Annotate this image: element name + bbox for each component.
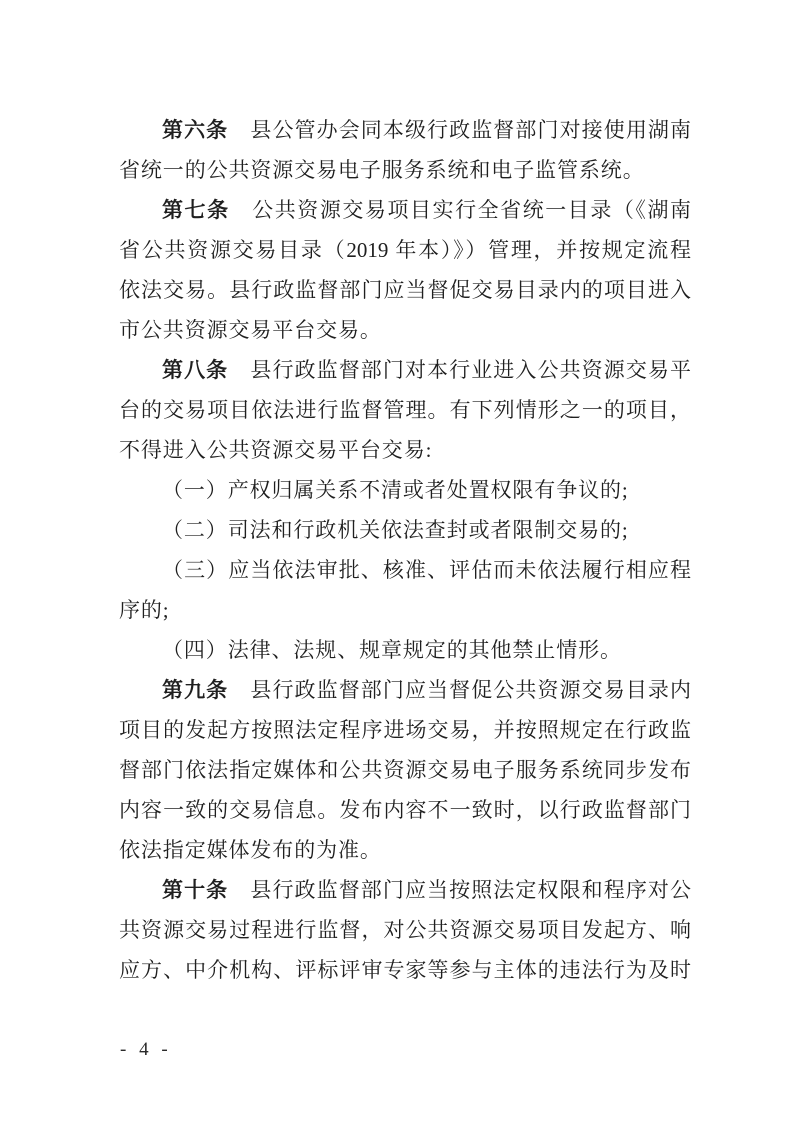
text-line: 序的; <box>119 590 691 630</box>
text-segment: （三）应当依法审批、核准、评估而未依法履行相应程 <box>162 558 691 582</box>
text-segment: 市公共资源交易平台交易。 <box>119 318 382 342</box>
text-line: 第七条 公共资源交易项目实行全省统一目录（《湖南 <box>119 190 691 230</box>
text-line: 第六条 县公管办会同本级行政监督部门对接使用湖南 <box>119 110 691 150</box>
text-line: （四）法律、法规、规章规定的其他禁止情形。 <box>119 630 691 670</box>
article-number: 第七条 <box>162 198 230 222</box>
paragraph-article-8-item-1: （一）产权归属关系不清或者处置权限有争议的; <box>119 470 691 510</box>
text-segment: 省统一的公共资源交易电子服务系统和电子监管系统。 <box>119 158 645 182</box>
text-line: 第十条 县行政监督部门应当按照法定权限和程序对公 <box>119 870 691 910</box>
paragraph-article-6: 第六条 县公管办会同本级行政监督部门对接使用湖南省统一的公共资源交易电子服务系统… <box>119 110 691 190</box>
page-number: - 4 - <box>120 1030 171 1070</box>
text-line: （一）产权归属关系不清或者处置权限有争议的; <box>119 470 691 510</box>
text-line: 台的交易项目依法进行监督管理。有下列情形之一的项目， <box>119 390 691 430</box>
paragraph-article-9: 第九条 县行政监督部门应当督促公共资源交易目录内项目的发起方按照法定程序进场交易… <box>119 670 691 870</box>
text-line: （二）司法和行政机关依法查封或者限制交易的; <box>119 510 691 550</box>
text-segment: （四）法律、法规、规章规定的其他禁止情形。 <box>162 638 622 662</box>
text-segment: 依法指定媒体发布的为准。 <box>119 838 382 862</box>
text-segment: 县公管办会同本级行政监督部门对接使用湖南 <box>228 118 691 142</box>
text-segment: 县行政监督部门对本行业进入公共资源交易平 <box>228 358 691 382</box>
paragraph-article-8-item-2: （二）司法和行政机关依法查封或者限制交易的; <box>119 510 691 550</box>
text-segment: 不得进入公共资源交易平台交易: <box>119 438 432 462</box>
text-segment: 公共资源交易项目实行全省统一目录（《湖南 <box>230 198 691 222</box>
text-segment: 县行政监督部门应当督促公共资源交易目录内 <box>228 678 691 702</box>
article-number: 第八条 <box>162 358 228 382</box>
text-line: 督部门依法指定媒体和公共资源交易电子服务系统同步发布 <box>119 750 691 790</box>
paragraph-article-8-item-4: （四）法律、法规、规章规定的其他禁止情形。 <box>119 630 691 670</box>
text-line: （三）应当依法审批、核准、评估而未依法履行相应程 <box>119 550 691 590</box>
text-line: 内容一致的交易信息。发布内容不一致时，以行政监督部门 <box>119 790 691 830</box>
article-number: 第九条 <box>162 678 228 702</box>
text-segment: 台的交易项目依法进行监督管理。有下列情形之一的项目， <box>119 398 691 422</box>
paragraph-article-7: 第七条 公共资源交易项目实行全省统一目录（《湖南省公共资源交易目录（2019 年… <box>119 190 691 350</box>
text-line: 应方、中介机构、评标评审专家等参与主体的违法行为及时 <box>119 950 691 990</box>
text-segment: 督部门依法指定媒体和公共资源交易电子服务系统同步发布 <box>119 758 691 782</box>
text-segment: 应方、中介机构、评标评审专家等参与主体的违法行为及时 <box>119 958 691 982</box>
text-line: 省公共资源交易目录（2019 年本）》）管理，并按规定流程 <box>119 230 691 270</box>
text-segment: 县行政监督部门应当按照法定权限和程序对公 <box>228 878 691 902</box>
text-segment: （二）司法和行政机关依法查封或者限制交易的; <box>162 518 629 542</box>
text-line: 第八条 县行政监督部门对本行业进入公共资源交易平 <box>119 350 691 390</box>
text-segment: 依法交易。县行政监督部门应当督促交易目录内的项目进入 <box>119 278 691 302</box>
text-line: 省统一的公共资源交易电子服务系统和电子监管系统。 <box>119 150 691 190</box>
paragraph-article-8: 第八条 县行政监督部门对本行业进入公共资源交易平台的交易项目依法进行监督管理。有… <box>119 350 691 470</box>
text-line: 依法交易。县行政监督部门应当督促交易目录内的项目进入 <box>119 270 691 310</box>
document-body: 第六条 县公管办会同本级行政监督部门对接使用湖南省统一的公共资源交易电子服务系统… <box>119 110 691 990</box>
text-line: 共资源交易过程进行监督，对公共资源交易项目发起方、响 <box>119 910 691 950</box>
text-segment: 省公共资源交易目录（2019 年本）》）管理，并按规定流程 <box>119 238 691 262</box>
text-segment: 序的; <box>119 598 170 622</box>
text-segment: （一）产权归属关系不清或者处置权限有争议的; <box>162 478 629 502</box>
text-line: 依法指定媒体发布的为准。 <box>119 830 691 870</box>
text-segment: 内容一致的交易信息。发布内容不一致时，以行政监督部门 <box>119 798 691 822</box>
text-line: 市公共资源交易平台交易。 <box>119 310 691 350</box>
text-line: 第九条 县行政监督部门应当督促公共资源交易目录内 <box>119 670 691 710</box>
text-line: 不得进入公共资源交易平台交易: <box>119 430 691 470</box>
text-segment: 项目的发起方按照法定程序进场交易，并按照规定在行政监 <box>119 718 691 742</box>
text-line: 项目的发起方按照法定程序进场交易，并按照规定在行政监 <box>119 710 691 750</box>
text-segment: 共资源交易过程进行监督，对公共资源交易项目发起方、响 <box>119 918 691 942</box>
document-page: 第六条 县公管办会同本级行政监督部门对接使用湖南省统一的公共资源交易电子服务系统… <box>0 0 793 1121</box>
paragraph-article-8-item-3: （三）应当依法审批、核准、评估而未依法履行相应程序的; <box>119 550 691 630</box>
article-number: 第十条 <box>162 878 228 902</box>
paragraph-article-10: 第十条 县行政监督部门应当按照法定权限和程序对公共资源交易过程进行监督，对公共资… <box>119 870 691 990</box>
article-number: 第六条 <box>162 118 228 142</box>
